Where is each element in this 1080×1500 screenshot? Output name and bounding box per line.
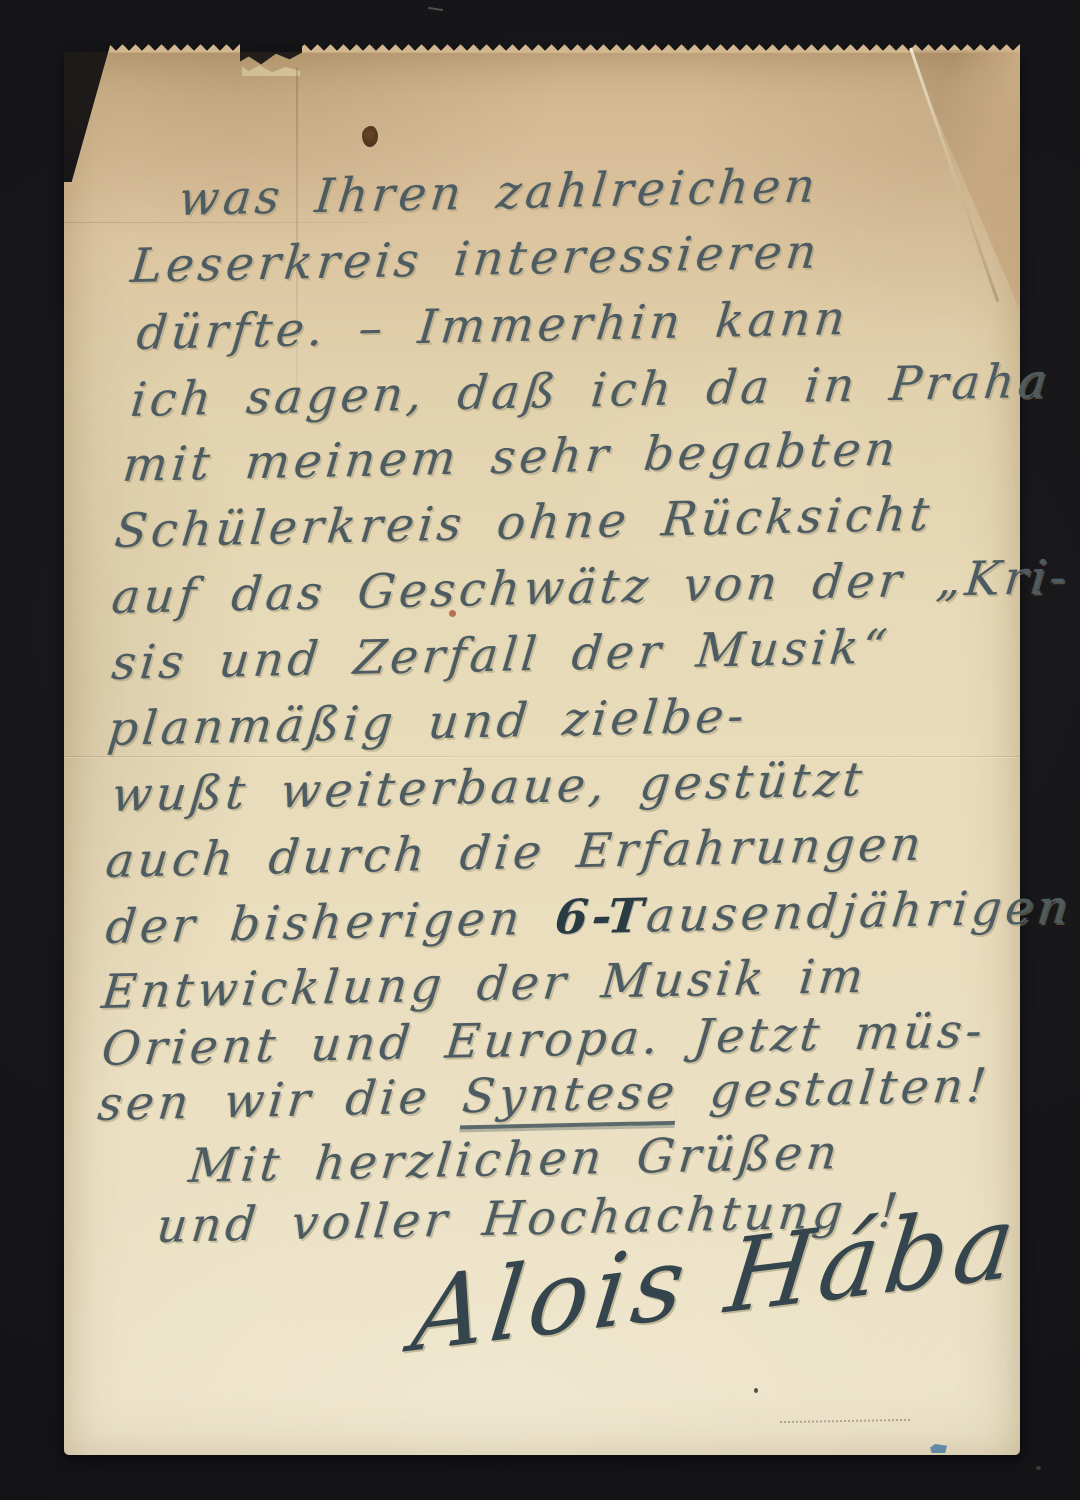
top-left-corner-cut xyxy=(63,42,111,182)
handwritten-line: ich sagen, daß ich da in Praha xyxy=(128,352,1053,431)
underlined-word: Syntese xyxy=(459,1065,681,1130)
handwritten-line: auch durch die Erfahrungen xyxy=(103,815,928,892)
ink-blot xyxy=(362,126,378,147)
torn-fiber xyxy=(242,64,300,76)
line-text: sen wir die xyxy=(95,1069,465,1132)
serrated-top-edge xyxy=(64,44,1020,53)
handwritten-line: auf das Geschwätz von der „Kri- xyxy=(109,548,1073,628)
handwritten-line: sis und Zerfall der Musik“ xyxy=(109,618,893,694)
line-text: gestalten! xyxy=(676,1058,993,1120)
letter-paper: was Ihren zahlreichen Leserkreis interes… xyxy=(64,52,1020,1455)
handwritten-line: dürfte. – Immerhin kann xyxy=(134,289,852,364)
overwritten-figure: 6-T xyxy=(552,889,649,946)
handwritten-line: Schülerkreis ohne Rücksicht xyxy=(112,485,936,562)
handwritten-line: Leserkreis interessieren xyxy=(128,222,823,297)
handwritten-line: planmäßig und zielbe- xyxy=(105,686,750,760)
photo-backdrop: was Ihren zahlreichen Leserkreis interes… xyxy=(0,0,1080,1500)
handwritten-line: mit meinem sehr begabten xyxy=(120,420,902,496)
handwritten-line-tausend: der bisherigen 6-Tausendjährigen xyxy=(103,878,1075,958)
dark-speck xyxy=(754,1388,758,1393)
line-text: der bisherigen xyxy=(103,890,558,955)
dust-speck xyxy=(428,7,443,11)
handwritten-line: wußt weiterbaue, gestützt xyxy=(109,750,869,826)
dust-speck xyxy=(1036,1466,1041,1470)
blue-paint-chip xyxy=(930,1444,947,1453)
line-text: ausendjährigen xyxy=(644,880,1075,944)
torn-notch xyxy=(240,42,302,70)
handwritten-line: was Ihren zahlreichen xyxy=(176,156,822,230)
top-right-corner-crease xyxy=(870,50,1020,310)
pencil-scribble xyxy=(780,1419,910,1429)
